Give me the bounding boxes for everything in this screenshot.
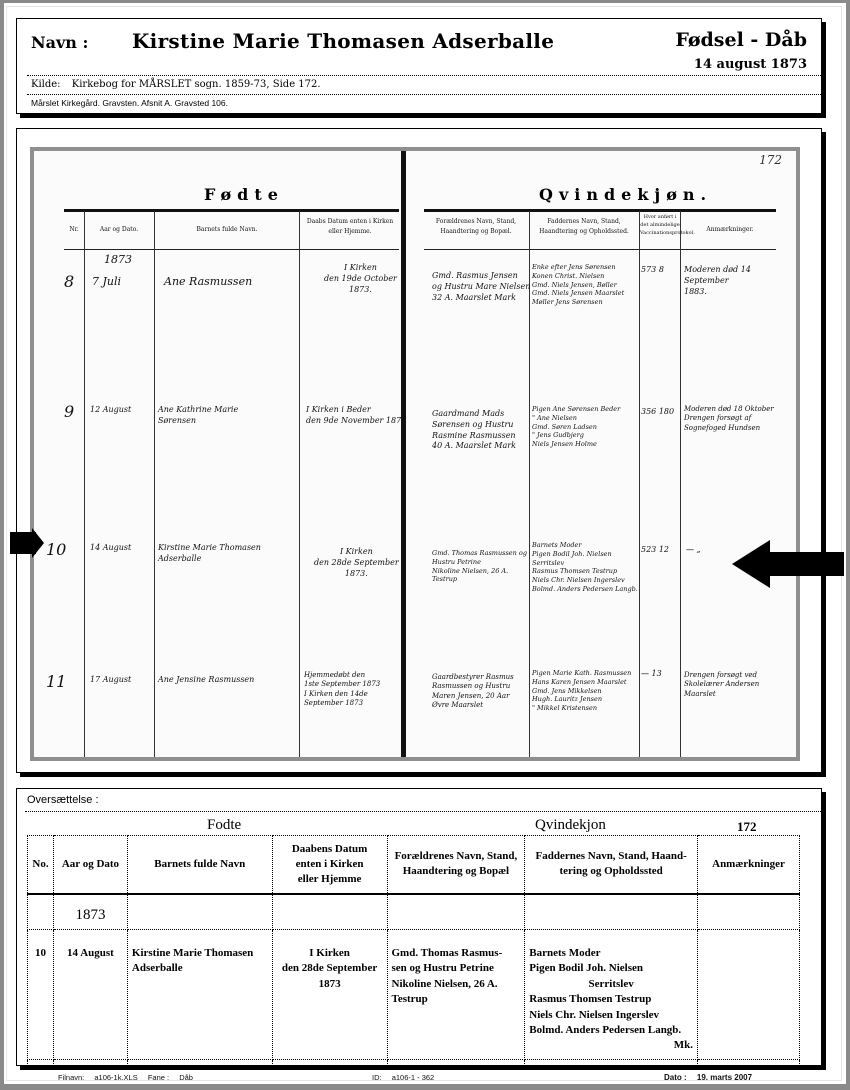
col-header-name: Barnets fulde Navn (127, 836, 272, 894)
cell (525, 894, 698, 930)
record-header: Navn : Kirstine Marie Thomasen Adserball… (16, 18, 822, 114)
table-row: 10 14 August Kirstine Marie Thomasen Ads… (28, 930, 800, 1060)
event-type: Fødsel - Dåb (675, 29, 807, 51)
scan-row-vacc: 523 12 (641, 545, 669, 556)
translation-panel: Oversættelse : Fodte Qvindekjon 172 No. … (16, 788, 822, 1066)
scan-row-remarks: Moderen død 14 September 1883. (684, 265, 796, 297)
footer-file-info: Filnavn: a106-1k.XLS Fane : Dåb (58, 1073, 193, 1082)
id-label: ID: (372, 1073, 382, 1082)
scan-colhead: Barnets fulde Navn. (156, 225, 298, 235)
scan-row-name: Kirstine Marie Thomasen Adserballe (158, 543, 261, 565)
arrow-left-icon (732, 540, 844, 588)
scan-row-vacc: — 13 (641, 669, 662, 680)
id-value: a106-1 - 362 (392, 1073, 435, 1082)
col-header-parents: Forældrenes Navn, Stand, Haandtering og … (387, 836, 525, 894)
scan-colhead: Aar og Dato. (86, 225, 152, 235)
godparent-line: Barnets Moder (529, 946, 693, 961)
scan-col-line (680, 211, 681, 761)
translation-title-right: Qvindekjon (535, 817, 606, 834)
scan-rule (424, 249, 776, 250)
cell (387, 1060, 525, 1070)
scan-row-date: 12 August (90, 405, 131, 416)
scan-colhead: Anmærkninger. (684, 225, 776, 235)
entry-name: Kirstine Marie Thomasen Adserballe (127, 930, 272, 1060)
scan-row-godparents: Pigen Marie Kath. Rasmussen Hans Karen J… (532, 669, 631, 713)
scan-row-godparents: Pigen Ane Sørensen Beder " Ane Nielsen G… (532, 405, 620, 449)
scan-row-vacc: 356 180 (641, 407, 674, 418)
entry-date: 14 August (53, 930, 127, 1060)
scan-row-date: 7 Juli (92, 275, 121, 290)
scan-title-left: Fødte (204, 185, 284, 204)
footer-id: ID: a106-1 - 362 (372, 1073, 434, 1082)
scan-row-godparents: Enke efter Jens Sørensen Konen Christ. N… (532, 263, 624, 307)
scan-row-vacc: 573 8 (641, 265, 664, 276)
date-value: 19. marts 2007 (697, 1073, 752, 1082)
year-row: 1873 (28, 894, 800, 930)
entry-godparents: Barnets Moder Pigen Bodil Joh. Nielsen S… (525, 930, 698, 1060)
scan-row-remarks: — „ (686, 545, 701, 556)
scan-row-nr: 10 (46, 539, 66, 561)
scan-row-remarks: Moderen død 18 Oktober Drengen forsøgt a… (684, 405, 774, 433)
cell (525, 1060, 698, 1070)
translation-title-left: Fodte (207, 817, 241, 834)
date-label: Dato : (664, 1073, 687, 1082)
church-book-scan: 172 Fødte Qvindekjøn. Nr. Aar og Dato. B… (30, 147, 800, 761)
sheet-name: Dåb (179, 1073, 193, 1082)
scan-row-baptism: Hjemmedøbt den 1ste September 1873 I Kir… (304, 671, 380, 709)
source-row: Kilde: Kirkebog for MÅRSLET sogn. 1859-7… (31, 79, 321, 90)
godparent-line: Serritslev (529, 977, 693, 992)
col-header-godparents: Faddernes Navn, Stand, Haand- tering og … (525, 836, 698, 894)
scan-row-date: 17 August (90, 675, 131, 686)
arrow-head (732, 540, 770, 588)
footer-date: Dato : 19. marts 2007 (664, 1073, 752, 1082)
person-name: Kirstine Marie Thomasen Adserballe (132, 29, 554, 53)
scan-row-parents: Gaardbestyrer Rasmus Rasmussen og Hustru… (432, 673, 514, 711)
scan-row-baptism: I Kirken den 28de September 1873. (314, 547, 399, 579)
scan-row-parents: Gmd. Thomas Rasmussen og Hustru Petrine … (432, 549, 530, 584)
scan-row-date: 14 August (90, 543, 131, 554)
scan-row-nr: 11 (46, 671, 66, 693)
translation-label: Oversættelse : (27, 794, 99, 806)
source-value: Kirkebog for MÅRSLET sogn. 1859-73, Side… (72, 79, 321, 90)
scan-col-line (154, 211, 155, 761)
scan-row-parents: Gmd. Rasmus Jensen og Hustru Mare Nielse… (432, 271, 530, 303)
grave-info: Mårslet Kirkegård. Gravsten. Afsnit A. G… (31, 98, 228, 108)
godparent-line: Bolmd. Anders Pedersen Langb. (529, 1023, 693, 1038)
scan-row-baptism: I Kirken i Beder den 9de November 1873 (306, 405, 406, 427)
scan-row-name: Ane Kathrine Marie Sørensen (158, 405, 238, 427)
scan-col-line (84, 211, 85, 761)
scan-rule (424, 209, 776, 212)
filename-label: Filnavn: (58, 1073, 84, 1082)
arrow-shaft (768, 552, 844, 576)
translation-page-number: 172 (737, 819, 757, 835)
cell (698, 1060, 800, 1070)
godparent-line: Mk. (529, 1038, 693, 1053)
entry-no: 10 (28, 930, 54, 1060)
sheet-label: Fane : (148, 1073, 169, 1082)
scan-rule (64, 249, 399, 250)
scan-row-godparents: Barnets Moder Pigen Bodil Joh. Nielsen S… (532, 541, 638, 594)
scan-colhead: Daabs Datum enten i Kirken eller Hjemme. (302, 217, 398, 236)
cell (127, 894, 272, 930)
divider (25, 811, 821, 812)
scan-row-baptism: I Kirken den 19de October 1873. (324, 263, 397, 295)
scan-colhead: Faddernes Navn, Stand, Haandtering og Op… (531, 217, 637, 236)
scan-row-remarks: Drengen forsøgt ved Skolelærer Andersen … (684, 671, 759, 699)
col-header-remarks: Anmærkninger (698, 836, 800, 894)
year-cell: 1873 (53, 894, 127, 930)
scan-panel: 172 Fødte Qvindekjøn. Nr. Aar og Dato. B… (16, 128, 822, 773)
event-date: 14 august 1873 (694, 57, 807, 72)
entry-parents: Gmd. Thomas Rasmus- sen og Hustru Petrin… (387, 930, 525, 1060)
scan-year: 1873 (104, 253, 132, 268)
scan-colhead: Nr. (64, 225, 84, 235)
godparent-line: Rasmus Thomsen Testrup (529, 992, 693, 1007)
col-header-date: Aar og Dato (53, 836, 127, 894)
godparent-line: Pigen Bodil Joh. Nielsen (529, 961, 693, 976)
cell (387, 894, 525, 930)
scan-row-nr: 9 (64, 401, 74, 423)
cell (28, 1060, 54, 1070)
scan-col-line (639, 211, 640, 761)
scan-title-right: Qvindekjøn. (539, 185, 712, 204)
cell (698, 894, 800, 930)
scan-col-line (299, 211, 300, 761)
cell (272, 1060, 387, 1070)
scan-colhead: Hvor anført i det almindelige Vaccinatio… (640, 213, 680, 237)
entry-remarks (698, 930, 800, 1060)
empty-row (28, 1060, 800, 1070)
book-spine (401, 151, 406, 757)
translation-table: No. Aar og Dato Barnets fulde Navn Daabe… (27, 835, 800, 1070)
name-label: Navn : (31, 33, 88, 52)
table-header-row: No. Aar og Dato Barnets fulde Navn Daabe… (28, 836, 800, 894)
scan-row-name: Ane Rasmussen (164, 275, 252, 290)
scan-row-nr: 8 (64, 271, 74, 293)
source-label: Kilde: (31, 79, 61, 90)
divider (27, 94, 821, 95)
arrow-right-icon (10, 532, 36, 554)
filename: a106-1k.XLS (94, 1073, 137, 1082)
scan-colhead: Forældrenes Navn, Stand, Haandtering og … (424, 217, 528, 236)
cell (28, 894, 54, 930)
col-header-no: No. (28, 836, 54, 894)
cell (53, 1060, 127, 1070)
godparent-line: Niels Chr. Nielsen Ingerslev (529, 1008, 693, 1023)
cell (127, 1060, 272, 1070)
cell (272, 894, 387, 930)
divider (27, 75, 821, 76)
entry-baptism: I Kirken den 28de September 1873 (272, 930, 387, 1060)
scan-rule (64, 209, 399, 212)
scan-row-name: Ane Jensine Rasmussen (158, 675, 254, 686)
col-header-baptism: Daabens Datum enten i Kirken eller Hjemm… (272, 836, 387, 894)
scan-page-number: 172 (759, 153, 782, 167)
scan-row-parents: Gaardmand Mads Sørensen og Hustru Rasmin… (432, 409, 516, 452)
